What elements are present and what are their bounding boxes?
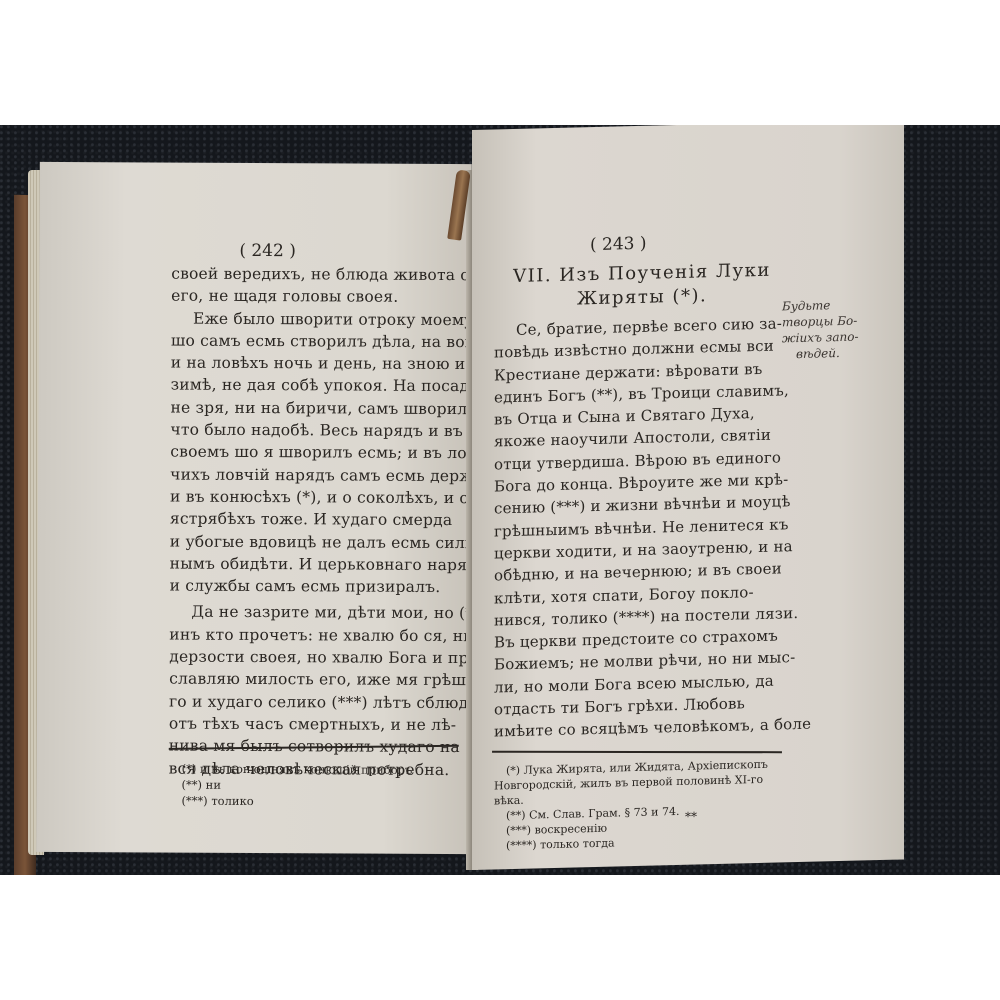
text-line: го и худаго селико (***) лѣтъ сблюдъ bbox=[169, 690, 509, 714]
text-line: славляю милость его, иже мя грѣшна- bbox=[169, 668, 509, 692]
text-line: и на ловѣхъ ночь и день, на зною и на bbox=[171, 352, 511, 376]
left-page-body: своей вередихъ, не блюда живота сво- его… bbox=[169, 263, 512, 782]
left-page: ( 242 ) своей вередихъ, не блюда живота … bbox=[36, 162, 472, 854]
footnote: (***) толико bbox=[181, 793, 412, 810]
text-line: и службы самъ есмь призиралъ. bbox=[170, 575, 510, 599]
footnote-rule bbox=[492, 751, 782, 754]
text-line: что было надобѣ. Весь нарядъ и въ дому bbox=[170, 419, 510, 443]
text-line: инъ кто прочетъ: не хвалю бо ся, ни bbox=[169, 623, 509, 647]
text-line: и въ конюсѣхъ (*), и о соколѣхъ, и о bbox=[170, 486, 510, 510]
page-number-left: ( 242 ) bbox=[239, 241, 296, 261]
footnote: (*) и въ конюшняхъ конюшій приборъ bbox=[182, 761, 413, 778]
footnote: (**) ни bbox=[182, 777, 413, 794]
page-number-right: ( 243 ) bbox=[590, 234, 647, 255]
text-line: и убогые вдовицѣ не далъ есмь силь- bbox=[170, 530, 510, 554]
text-line: своемъ шо я шворилъ есмь; и въ лов- bbox=[170, 441, 510, 465]
text-line: Да не зазрите ми, дѣти мои, но (**) bbox=[169, 601, 509, 625]
text-line: чихъ ловчій нарядъ самъ есмь держалъ; bbox=[170, 463, 510, 487]
signature-mark: ** bbox=[685, 810, 697, 824]
left-footnotes: (*) и въ конюшняхъ конюшій приборъ (**) … bbox=[181, 761, 412, 810]
text-line: ястрябѣхъ тоже. И худаго смерда bbox=[170, 508, 510, 532]
text-line: своей вередихъ, не блюда живота сво- bbox=[171, 263, 511, 287]
right-footnotes: (*) Лука Жирята, или Жидята, Архіепископ… bbox=[494, 757, 768, 854]
text-line: зимѣ, не дая собѣ упокоя. На посадники bbox=[171, 374, 511, 398]
right-page-body: Се, братие, первѣе всего сию за- повѣдь … bbox=[494, 312, 811, 743]
text-line: дерзости своея, но хвалю Бога и про- bbox=[169, 646, 509, 670]
text-line: не зря, ни на биричи, самъ шворилъ bbox=[170, 396, 510, 420]
text-line: отъ тѣхъ часъ смертныхъ, и не лѣ- bbox=[169, 712, 509, 736]
photo-background: ( 242 ) своей вередихъ, не блюда живота … bbox=[0, 125, 1000, 875]
text-line: шо самъ есмь створилъ дѣла, на войнѣ bbox=[171, 329, 511, 353]
chapter-heading: VII. Изъ Поученія Луки Жиряты (*). bbox=[502, 258, 782, 313]
text-line: его, не щадя головы своея. bbox=[171, 285, 511, 309]
text-line: нымъ обидѣти. И церьковнаго наряда bbox=[170, 552, 510, 576]
text-line: Еже было шворити отроку моему, bbox=[171, 307, 511, 331]
right-page: ( 243 ) VII. Изъ Поученія Луки Жиряты (*… bbox=[472, 125, 904, 870]
